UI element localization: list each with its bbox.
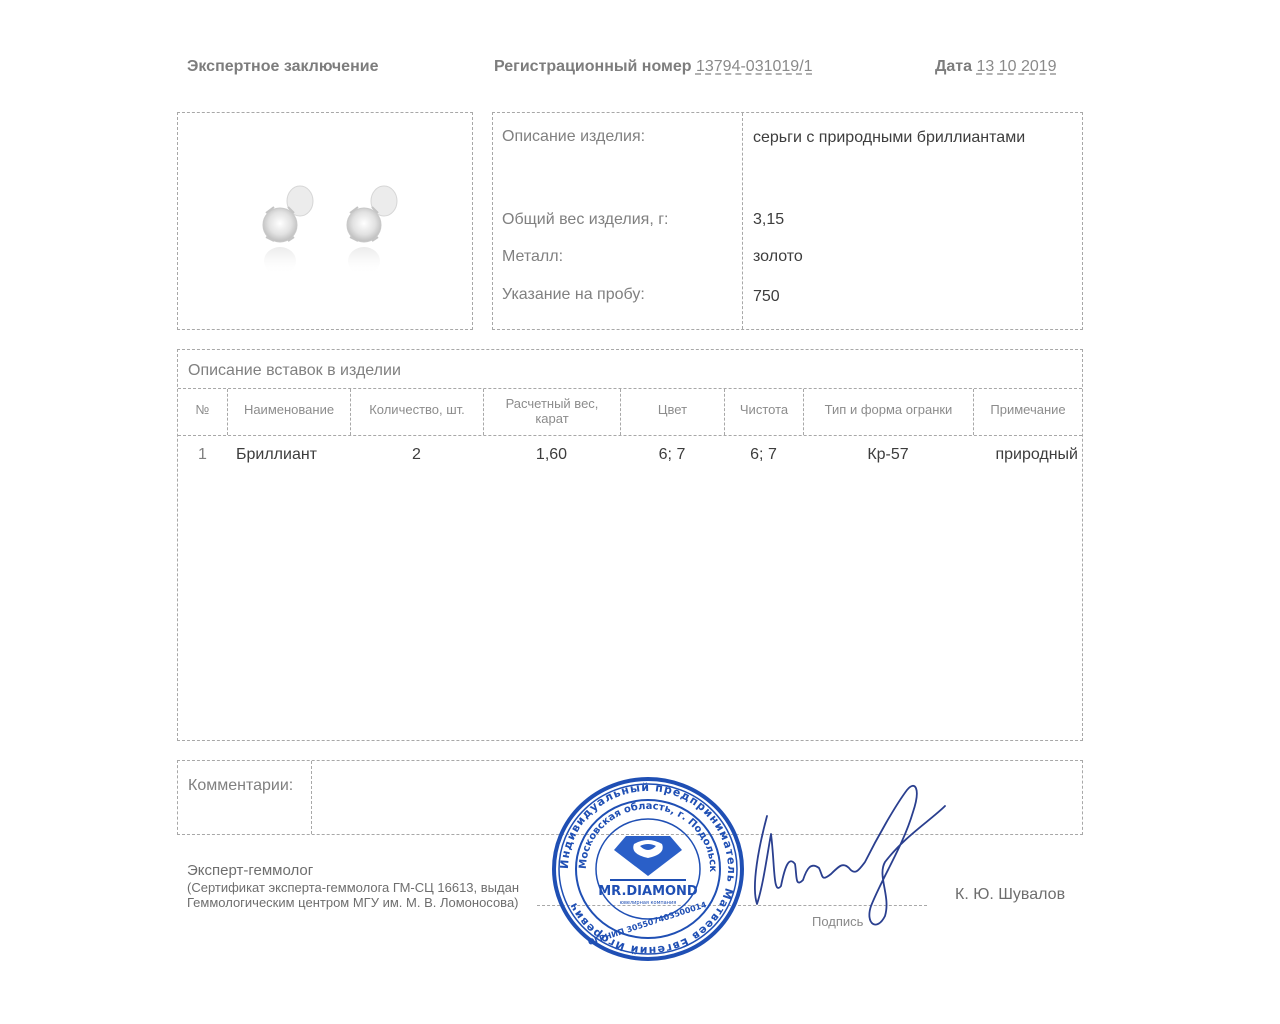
cell-number: 1 [178,446,227,464]
col-clarity: Чистота [724,389,803,435]
hallmark-value: 750 [753,288,780,306]
earrings-image [178,113,472,329]
weight-label: Общий вес изделия, г: [502,211,669,229]
expert-certificate: (Сертификат эксперта-геммолога ГМ-СЦ 166… [187,880,527,910]
cell-clarity: 6; 7 [724,446,803,464]
col-weight: Расчетный вес, карат [483,389,620,435]
description-value: серьги с природными бриллиантами [753,129,1025,147]
product-photo [177,112,473,330]
col-name: Наименование [227,389,350,435]
description-label: Описание изделия: [502,128,645,146]
inserts-table: Описание вставок в изделии № Наименовани… [177,349,1083,741]
expert-name: К. Ю. Шувалов [955,886,1065,904]
comments-label: Комментарии: [188,777,293,795]
cell-weight: 1,60 [483,446,620,464]
col-cut: Тип и форма огранки [803,389,973,435]
inserts-title: Описание вставок в изделии [188,362,401,380]
registration-value: 13794-031019/1 [696,58,813,75]
table-row: 1 Бриллиант 2 1,60 6; 7 6; 7 Кр-57 приро… [178,446,1082,470]
weight-value: 3,15 [753,211,784,229]
expert-title: Эксперт-геммолог [187,862,313,879]
col-number: № [178,389,227,435]
company-stamp-icon: Индивидуальный предприниматель Матвеев Е… [548,774,748,964]
hallmark-label: Указание на пробу: [502,286,645,304]
signature-icon [745,776,955,936]
metal-label: Металл: [502,248,563,266]
document-date: Дата 13 10 2019 [935,58,1057,76]
cell-note: природный [973,446,1078,464]
cell-name: Бриллиант [236,446,317,464]
col-note: Примечание [973,389,1082,435]
date-value: 13 10 2019 [976,58,1056,75]
registration-number: Регистрационный номер 13794-031019/1 [494,58,813,76]
registration-label: Регистрационный номер [494,58,692,75]
stamp-brand-sub: ювелирная компания [620,900,677,906]
column-divider [742,113,743,329]
date-label: Дата [935,58,972,75]
column-divider [311,761,312,834]
cell-quantity: 2 [350,446,483,464]
stamp-brand: MR.DIAMOND [598,884,698,899]
col-color: Цвет [620,389,724,435]
cell-color: 6; 7 [620,446,724,464]
metal-value: золото [753,248,803,266]
product-info: Описание изделия: серьги с природными бр… [492,112,1083,330]
cell-cut: Кр-57 [803,446,973,464]
document-title: Экспертное заключение [187,58,378,76]
table-header: № Наименование Количество, шт. Расчетный… [178,388,1082,436]
col-quantity: Количество, шт. [350,389,483,435]
